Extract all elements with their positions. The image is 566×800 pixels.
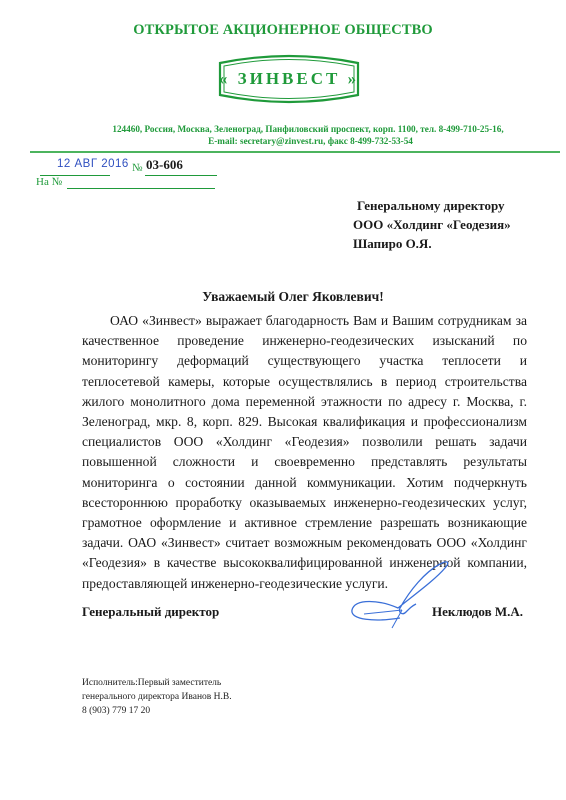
addressee-name: Шапиро О.Я. <box>353 234 511 253</box>
addressee-block: Генеральному директору ООО «Холдинг «Гео… <box>353 196 511 253</box>
addressee-company: ООО «Холдинг «Геодезия» <box>353 215 511 234</box>
number-sign: № <box>132 162 143 174</box>
executor-block: Исполнитель:Первый заместитель генеральн… <box>82 676 232 718</box>
executor-line: Исполнитель:Первый заместитель <box>82 676 232 690</box>
reply-to-label: На № <box>36 176 62 188</box>
date-stamp: 12 АВГ 2016 <box>57 158 129 170</box>
contact-line: E-mail: secretary@zinvest.ru, факс 8-499… <box>0 136 566 148</box>
letterhead-divider <box>30 151 560 153</box>
org-type-heading: ОТКРЫТОЕ АКЦИОНЕРНОЕ ОБЩЕСТВО <box>0 22 566 39</box>
signatory-position: Генеральный директор <box>82 604 219 620</box>
reply-to-underline <box>67 188 215 189</box>
executor-phone: 8 (903) 779 17 20 <box>82 704 232 718</box>
outgoing-number: 03-606 <box>146 157 183 173</box>
signature <box>340 560 460 635</box>
company-address: 124460, Россия, Москва, Зеленоград, Панф… <box>0 124 566 147</box>
company-logo: « ЗИНВЕСТ » <box>214 53 364 105</box>
number-underline <box>145 175 217 176</box>
addressee-position: Генеральному директору <box>353 196 511 215</box>
executor-line: генерального директора Иванов Н.В. <box>82 690 232 704</box>
body-paragraph: ОАО «Зинвест» выражает благодарность Вам… <box>82 311 527 594</box>
greeting: Уважаемый Олег Яковлевич! <box>0 289 566 305</box>
logo-text: « ЗИНВЕСТ » <box>214 69 364 89</box>
signatory-name: Неклюдов М.А. <box>432 604 523 620</box>
address-line: 124460, Россия, Москва, Зеленоград, Панф… <box>0 124 566 136</box>
letter-body: ОАО «Зинвест» выражает благодарность Вам… <box>82 311 527 594</box>
